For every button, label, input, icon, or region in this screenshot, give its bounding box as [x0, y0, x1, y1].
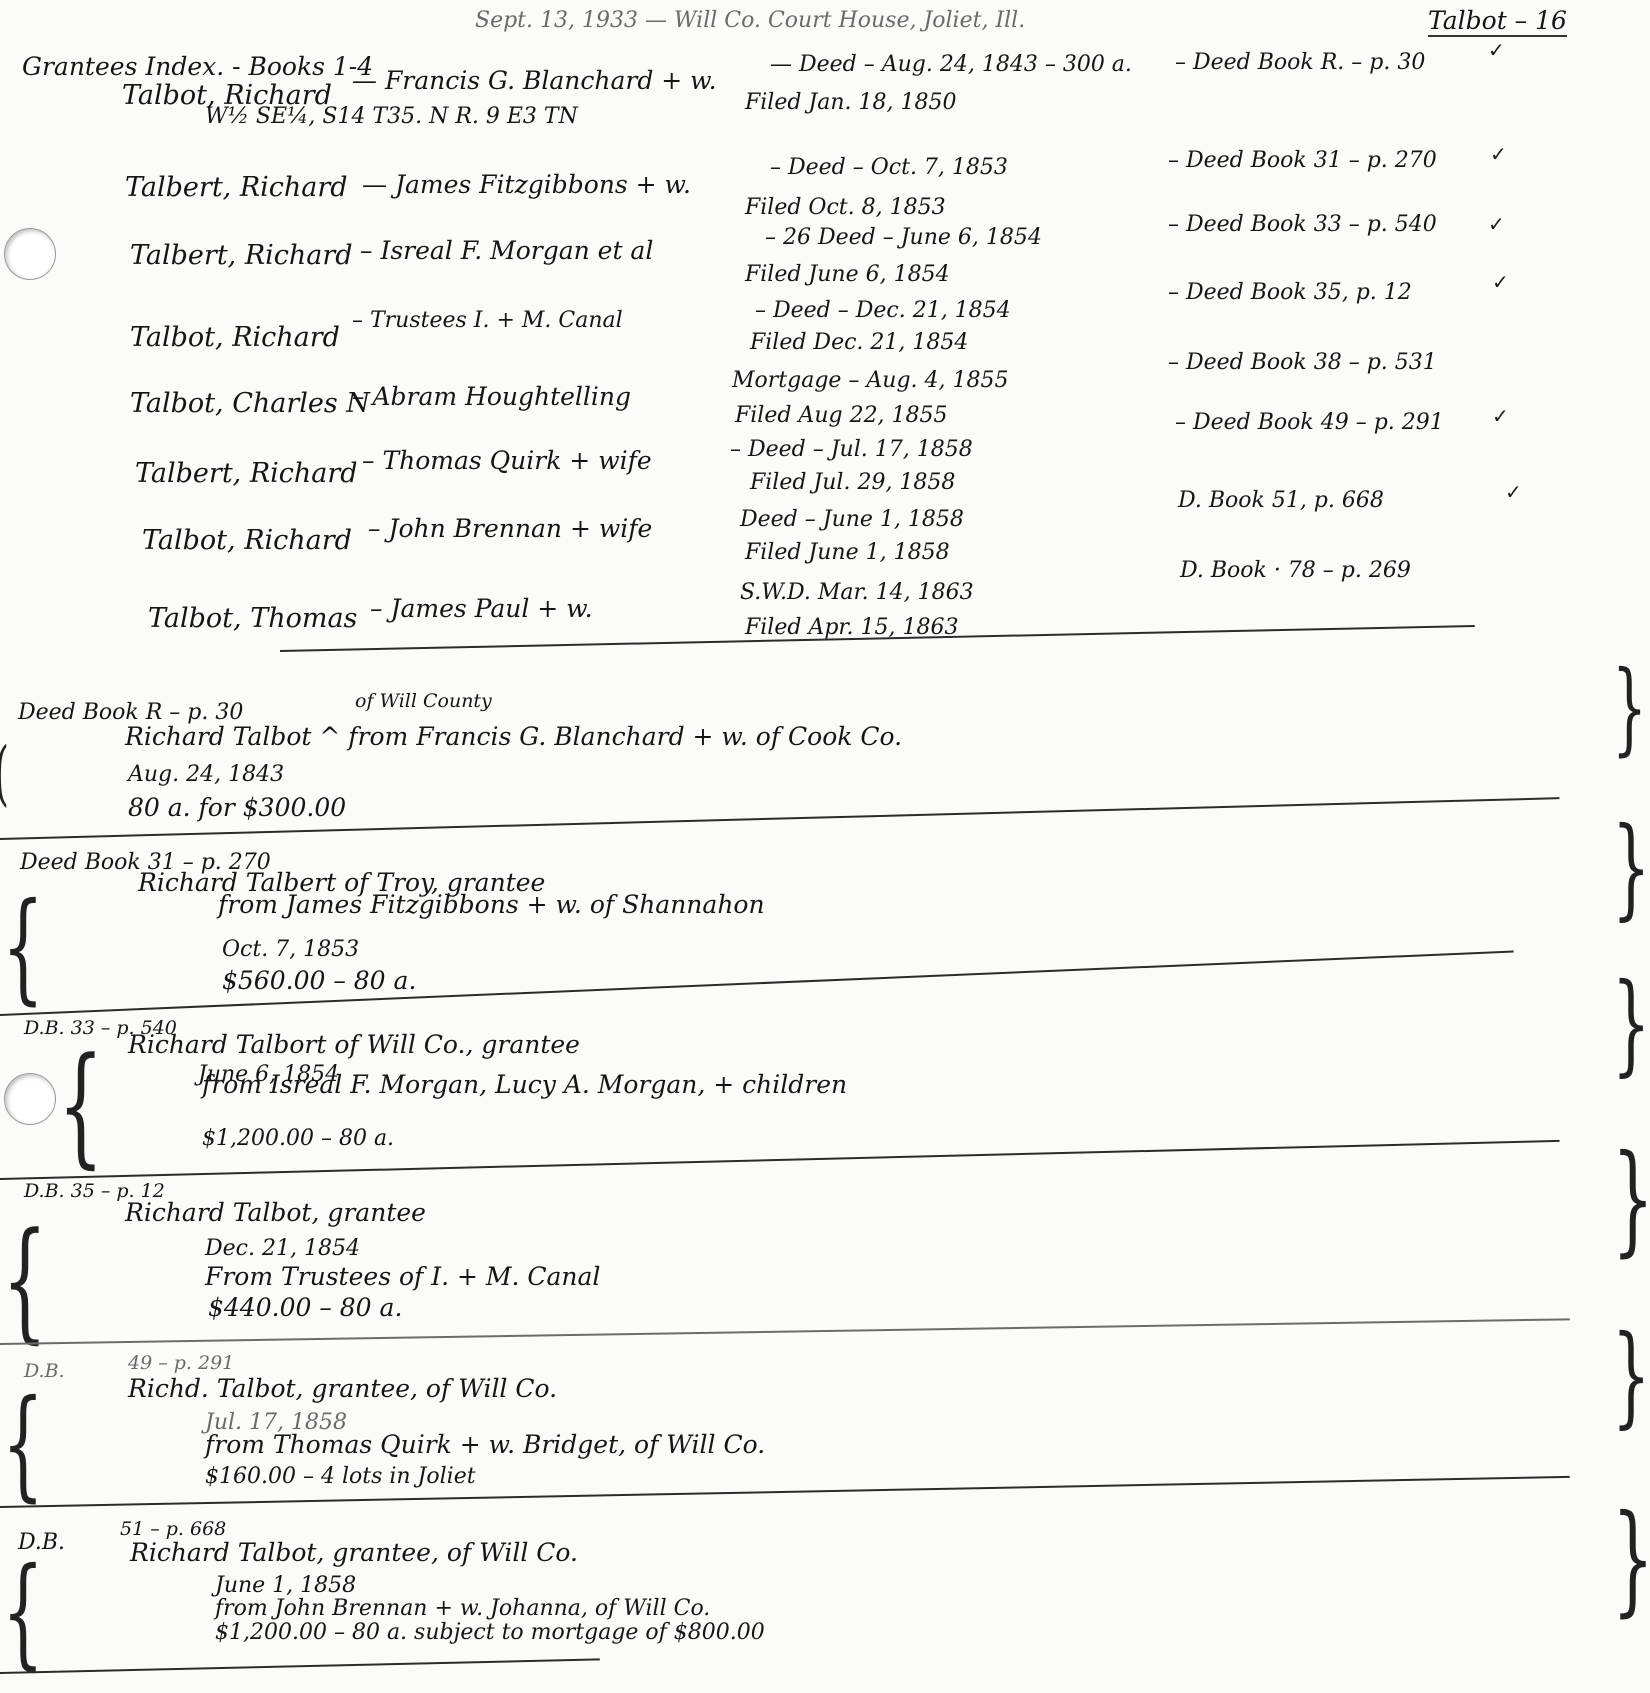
check-icon: ✓ [1490, 142, 1507, 166]
index-entry-book-ref: – Deed Book 33 – p. 540 [1168, 212, 1437, 237]
abstract-line: Richard Talbot ^ from Francis G. Blancha… [125, 722, 902, 751]
bracket-left: { [58, 1040, 103, 1170]
index-entry-book-ref: D. Book 51, p. 668 [1178, 488, 1384, 513]
index-entry-name: Talbert, Richard [135, 458, 358, 489]
index-entry-grantor: – James Paul + w. [370, 594, 593, 623]
index-entry-name: Talbot, Charles N [130, 388, 370, 419]
abstract-line: Aug. 24, 1843 [128, 762, 284, 787]
abstract-line: Richard Talbot, grantee, of Will Co. [130, 1538, 578, 1567]
index-entry-grantor: – Isreal F. Morgan et al [360, 236, 653, 265]
bracket-left: { [2, 1385, 44, 1505]
index-entry-filed: Filed Oct. 8, 1853 [745, 195, 946, 220]
abstract-line: Richard Talbot, grantee [125, 1198, 426, 1227]
index-entry-name: Talbot, Richard [142, 525, 352, 556]
abstract-line: Dec. 21, 1854 [205, 1236, 360, 1261]
index-entry-book-ref: – Deed Book 38 – p. 531 [1168, 350, 1437, 375]
index-entry-book-ref: D. Book · 78 – p. 269 [1180, 558, 1411, 583]
check-icon: ✓ [1505, 480, 1522, 504]
index-entry-legal-description: W½ SE¼, S14 T35. N R. 9 E3 TN [205, 104, 578, 129]
check-icon: ✓ [1488, 212, 1505, 236]
index-entry-instrument: — Deed – Aug. 24, 1843 – 300 a. [770, 52, 1132, 77]
index-entry-book-ref: – Deed Book R. – p. 30 [1175, 50, 1425, 75]
index-entry-grantor: – Abram Houghtelling [352, 382, 631, 411]
abstract-line: Richd. Talbot, grantee, of Will Co. [128, 1374, 557, 1403]
divider-line [0, 1658, 600, 1674]
bracket-right: } [1612, 812, 1650, 922]
index-entry-instrument: Deed – June 1, 1858 [740, 507, 964, 532]
index-entry-grantor: – John Brennan + wife [368, 514, 652, 543]
abstract-insert: of Will County [355, 690, 492, 712]
abstract-line: $440.00 – 80 a. [208, 1293, 402, 1322]
index-entry-grantor: — Francis G. Blanchard + w. [352, 66, 717, 95]
bracket-left: { [2, 888, 44, 1008]
bracket-right: } [1612, 1140, 1650, 1260]
index-entry-filed: Filed June 6, 1854 [745, 262, 950, 287]
check-icon: ✓ [1492, 404, 1509, 428]
abstract-line: From Trustees of I. + M. Canal [205, 1262, 600, 1291]
index-entry-name: Talbert, Richard [125, 172, 348, 203]
abstract-line: $560.00 – 80 a. [222, 966, 416, 995]
index-entry-instrument: S.W.D. Mar. 14, 1863 [740, 580, 974, 605]
check-icon: ✓ [1492, 270, 1509, 294]
bracket-left: { [2, 1215, 47, 1345]
abstract-line: 80 a. for $300.00 [128, 793, 346, 822]
abstract-line: $1,200.00 – 80 a. subject to mortgage of… [215, 1620, 765, 1645]
handwritten-notes-page: Sept. 13, 1933 — Will Co. Court House, J… [0, 0, 1650, 1693]
abstract-line: June 1, 1858 [215, 1573, 356, 1598]
index-entry-book-ref: – Deed Book 31 – p. 270 [1168, 148, 1437, 173]
abstract-line: $1,200.00 – 80 a. [202, 1126, 394, 1151]
abstract-line: Richard Talbort of Will Co., grantee [128, 1030, 580, 1059]
binder-hole-top [4, 228, 56, 280]
abstract-line: from James Fitzgibbons + w. of Shannahon [218, 890, 765, 919]
divider-line [0, 1318, 1570, 1345]
index-entry-filed: Filed Jul. 29, 1858 [750, 470, 955, 495]
check-icon: ✓ [1488, 38, 1505, 62]
index-entry-filed: Filed Jan. 18, 1850 [745, 90, 957, 115]
index-entry-book-ref: – Deed Book 49 – p. 291 [1175, 410, 1444, 435]
abstract-line: $160.00 – 4 lots in Joliet [205, 1464, 476, 1489]
bracket-right: } [1612, 1500, 1650, 1620]
page-tag: Talbot – 16 [1428, 6, 1567, 35]
index-entry-filed: Filed Aug 22, 1855 [735, 403, 948, 428]
index-entry-instrument: – 26 Deed – June 6, 1854 [765, 225, 1042, 250]
index-entry-name: Talbert, Richard [130, 240, 353, 271]
abstract-ref: 49 – p. 291 [128, 1352, 234, 1374]
page-tag-text: Talbot – 16 [1428, 6, 1567, 37]
index-entry-grantor: – Thomas Quirk + wife [362, 446, 652, 475]
abstract-line: Oct. 7, 1853 [222, 937, 359, 962]
date-location-header: Sept. 13, 1933 — Will Co. Court House, J… [475, 8, 1025, 33]
bracket-left: ( [0, 738, 9, 808]
index-entry-instrument: – Deed – Jul. 17, 1858 [730, 437, 973, 462]
index-entry-filed: Filed June 1, 1858 [745, 540, 950, 565]
abstract-line: from Isreal F. Morgan, Lucy A. Morgan, +… [202, 1070, 847, 1099]
bracket-right: } [1612, 1320, 1650, 1430]
index-entry-instrument: – Deed – Dec. 21, 1854 [755, 298, 1011, 323]
abstract-ref: 51 – p. 668 [120, 1518, 226, 1540]
index-entry-grantor: – Trustees I. + M. Canal [352, 308, 623, 333]
index-entry-instrument: – Deed – Oct. 7, 1853 [770, 155, 1008, 180]
index-entry-filed: Filed Dec. 21, 1854 [750, 330, 968, 355]
bracket-left: { [2, 1553, 44, 1673]
abstract-line: from Thomas Quirk + w. Bridget, of Will … [205, 1430, 765, 1459]
index-entry-name: Talbot, Richard [130, 322, 340, 353]
index-entry-name: Talbot, Thomas [148, 603, 357, 634]
index-entry-book-ref: – Deed Book 35, p. 12 [1168, 280, 1412, 305]
index-entry-grantor: — James Fitzgibbons + w. [362, 170, 691, 199]
bracket-right: } [1612, 968, 1650, 1078]
bracket-right: } [1612, 658, 1647, 758]
binder-hole-bottom [4, 1073, 56, 1125]
index-entry-instrument: Mortgage – Aug. 4, 1855 [732, 368, 1009, 393]
abstract-line: from John Brennan + w. Johanna, of Will … [215, 1596, 710, 1621]
index-title: Grantees Index. - Books 1-4 [22, 52, 373, 81]
